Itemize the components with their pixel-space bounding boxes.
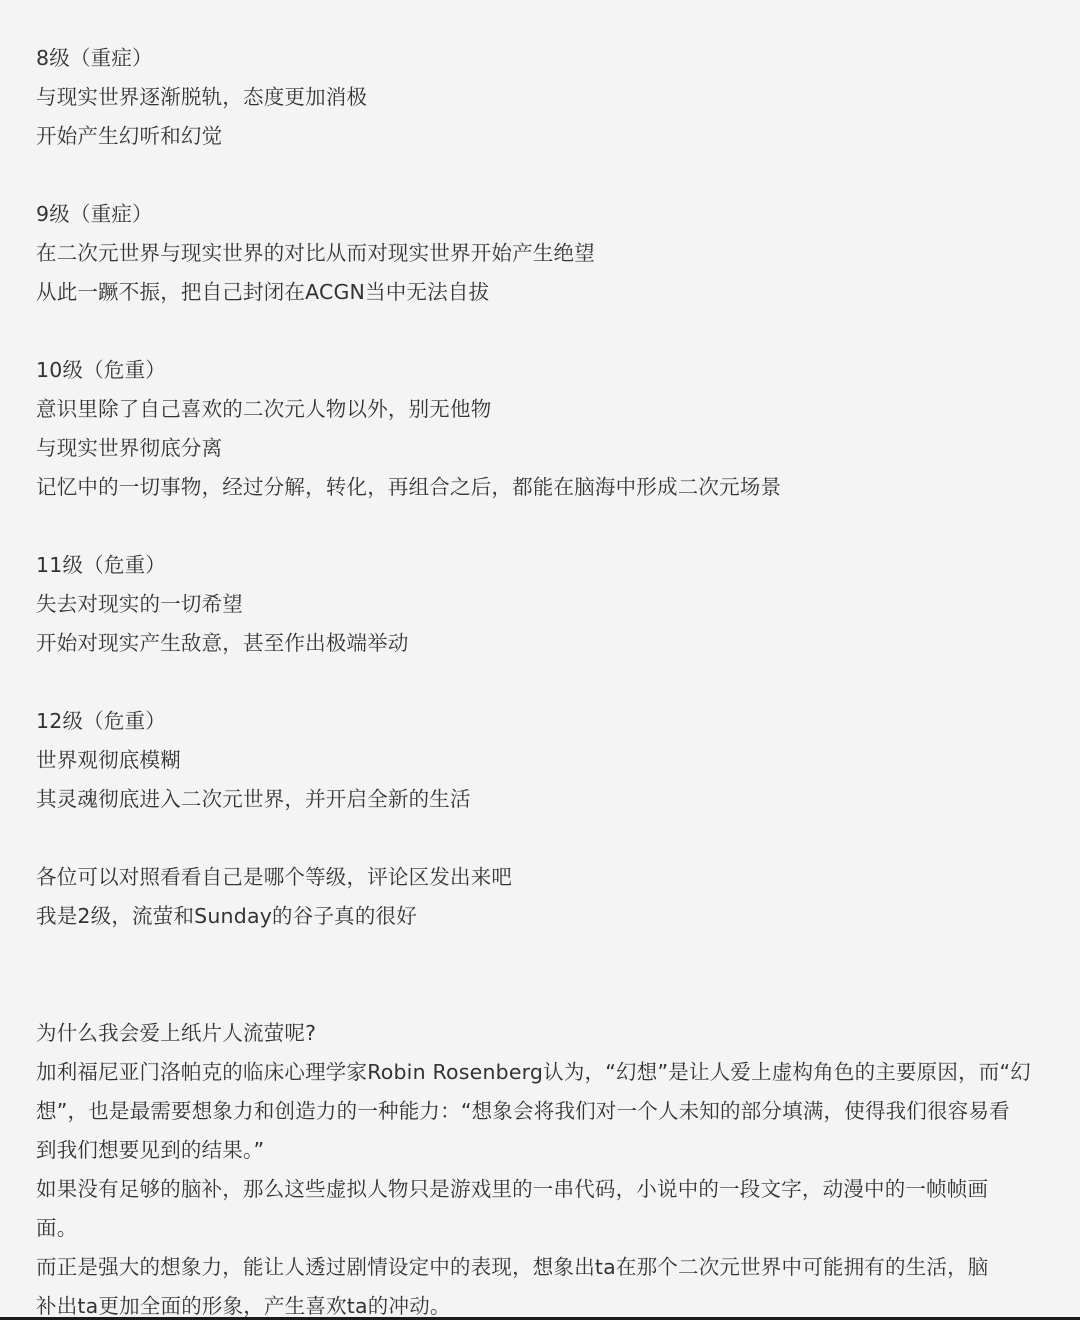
level-description-line: 其灵魂彻底进入二次元世界，并开启全新的生活	[36, 780, 1048, 819]
essay-line: 到我们想要见到的结果。”	[36, 1131, 1048, 1170]
level-section-8: 8级（重症） 与现实世界逐渐脱轨，态度更加消极 开始产生幻听和幻觉	[36, 39, 1048, 156]
level-section-10: 10级（危重） 意识里除了自己喜欢的二次元人物以外，别无他物 与现实世界彻底分离…	[36, 351, 1048, 507]
essay-question: 为什么我会爱上纸片人流萤呢?	[36, 1014, 1048, 1053]
level-description-line: 世界观彻底模糊	[36, 741, 1048, 780]
level-heading: 11级（危重）	[36, 546, 1048, 585]
level-section-12: 12级（危重） 世界观彻底模糊 其灵魂彻底进入二次元世界，并开启全新的生活	[36, 702, 1048, 819]
essay-line: 如果没有足够的脑补，那么这些虚拟人物只是游戏里的一串代码，小说中的一段文字，动漫…	[36, 1170, 1048, 1209]
document-content: 8级（重症） 与现实世界逐渐脱轨，态度更加消极 开始产生幻听和幻觉 9级（重症）…	[36, 39, 1048, 1317]
closing-remarks: 各位可以对照看看自己是哪个等级，评论区发出来吧 我是2级，流萤和Sunday的谷…	[36, 858, 1048, 936]
paragraph-spacer	[36, 507, 1048, 546]
level-section-11: 11级（危重） 失去对现实的一切希望 开始对现实产生敌意，甚至作出极端举动	[36, 546, 1048, 663]
level-description-line: 在二次元世界与现实世界的对比从而对现实世界开始产生绝望	[36, 234, 1048, 273]
document-page: 8级（重症） 与现实世界逐渐脱轨，态度更加消极 开始产生幻听和幻觉 9级（重症）…	[0, 0, 1080, 1317]
essay-paragraph: 而正是强大的想象力，能让人透过剧情设定中的表现，想象出ta在那个二次元世界中可能…	[36, 1248, 1048, 1317]
level-heading: 9级（重症）	[36, 195, 1048, 234]
level-heading: 8级（重症）	[36, 39, 1048, 78]
level-heading: 12级（危重）	[36, 702, 1048, 741]
essay-line: 而正是强大的想象力，能让人透过剧情设定中的表现，想象出ta在那个二次元世界中可能…	[36, 1248, 1048, 1287]
level-description-line: 记忆中的一切事物，经过分解，转化，再组合之后，都能在脑海中形成二次元场景	[36, 468, 1048, 507]
essay-line: 加利福尼亚门洛帕克的临床心理学家Robin Rosenberg认为，“幻想”是让…	[36, 1053, 1048, 1092]
level-description-line: 从此一蹶不振，把自己封闭在ACGN当中无法自拔	[36, 273, 1048, 312]
closing-line: 各位可以对照看看自己是哪个等级，评论区发出来吧	[36, 858, 1048, 897]
level-heading: 10级（危重）	[36, 351, 1048, 390]
level-description-line: 开始产生幻听和幻觉	[36, 117, 1048, 156]
essay-paragraph: 如果没有足够的脑补，那么这些虚拟人物只是游戏里的一串代码，小说中的一段文字，动漫…	[36, 1170, 1048, 1248]
paragraph-spacer	[36, 156, 1048, 195]
closing-line: 我是2级，流萤和Sunday的谷子真的很好	[36, 897, 1048, 936]
paragraph-spacer	[36, 663, 1048, 702]
section-spacer	[36, 936, 1048, 1014]
level-description-line: 失去对现实的一切希望	[36, 585, 1048, 624]
level-section-9: 9级（重症） 在二次元世界与现实世界的对比从而对现实世界开始产生绝望 从此一蹶不…	[36, 195, 1048, 312]
level-description-line: 与现实世界逐渐脱轨，态度更加消极	[36, 78, 1048, 117]
level-description-line: 与现实世界彻底分离	[36, 429, 1048, 468]
paragraph-spacer	[36, 819, 1048, 858]
essay-line: 想”，也是最需要想象力和创造力的一种能力：“想象会将我们对一个人未知的部分填满，…	[36, 1092, 1048, 1131]
level-description-line: 意识里除了自己喜欢的二次元人物以外，别无他物	[36, 390, 1048, 429]
level-description-line: 开始对现实产生敌意，甚至作出极端举动	[36, 624, 1048, 663]
essay-paragraph: 加利福尼亚门洛帕克的临床心理学家Robin Rosenberg认为，“幻想”是让…	[36, 1053, 1048, 1170]
essay-line: 补出ta更加全面的形象，产生喜欢ta的冲动。	[36, 1287, 1048, 1317]
essay-section: 为什么我会爱上纸片人流萤呢? 加利福尼亚门洛帕克的临床心理学家Robin Ros…	[36, 1014, 1048, 1317]
paragraph-spacer	[36, 312, 1048, 351]
essay-line: 面。	[36, 1209, 1048, 1248]
